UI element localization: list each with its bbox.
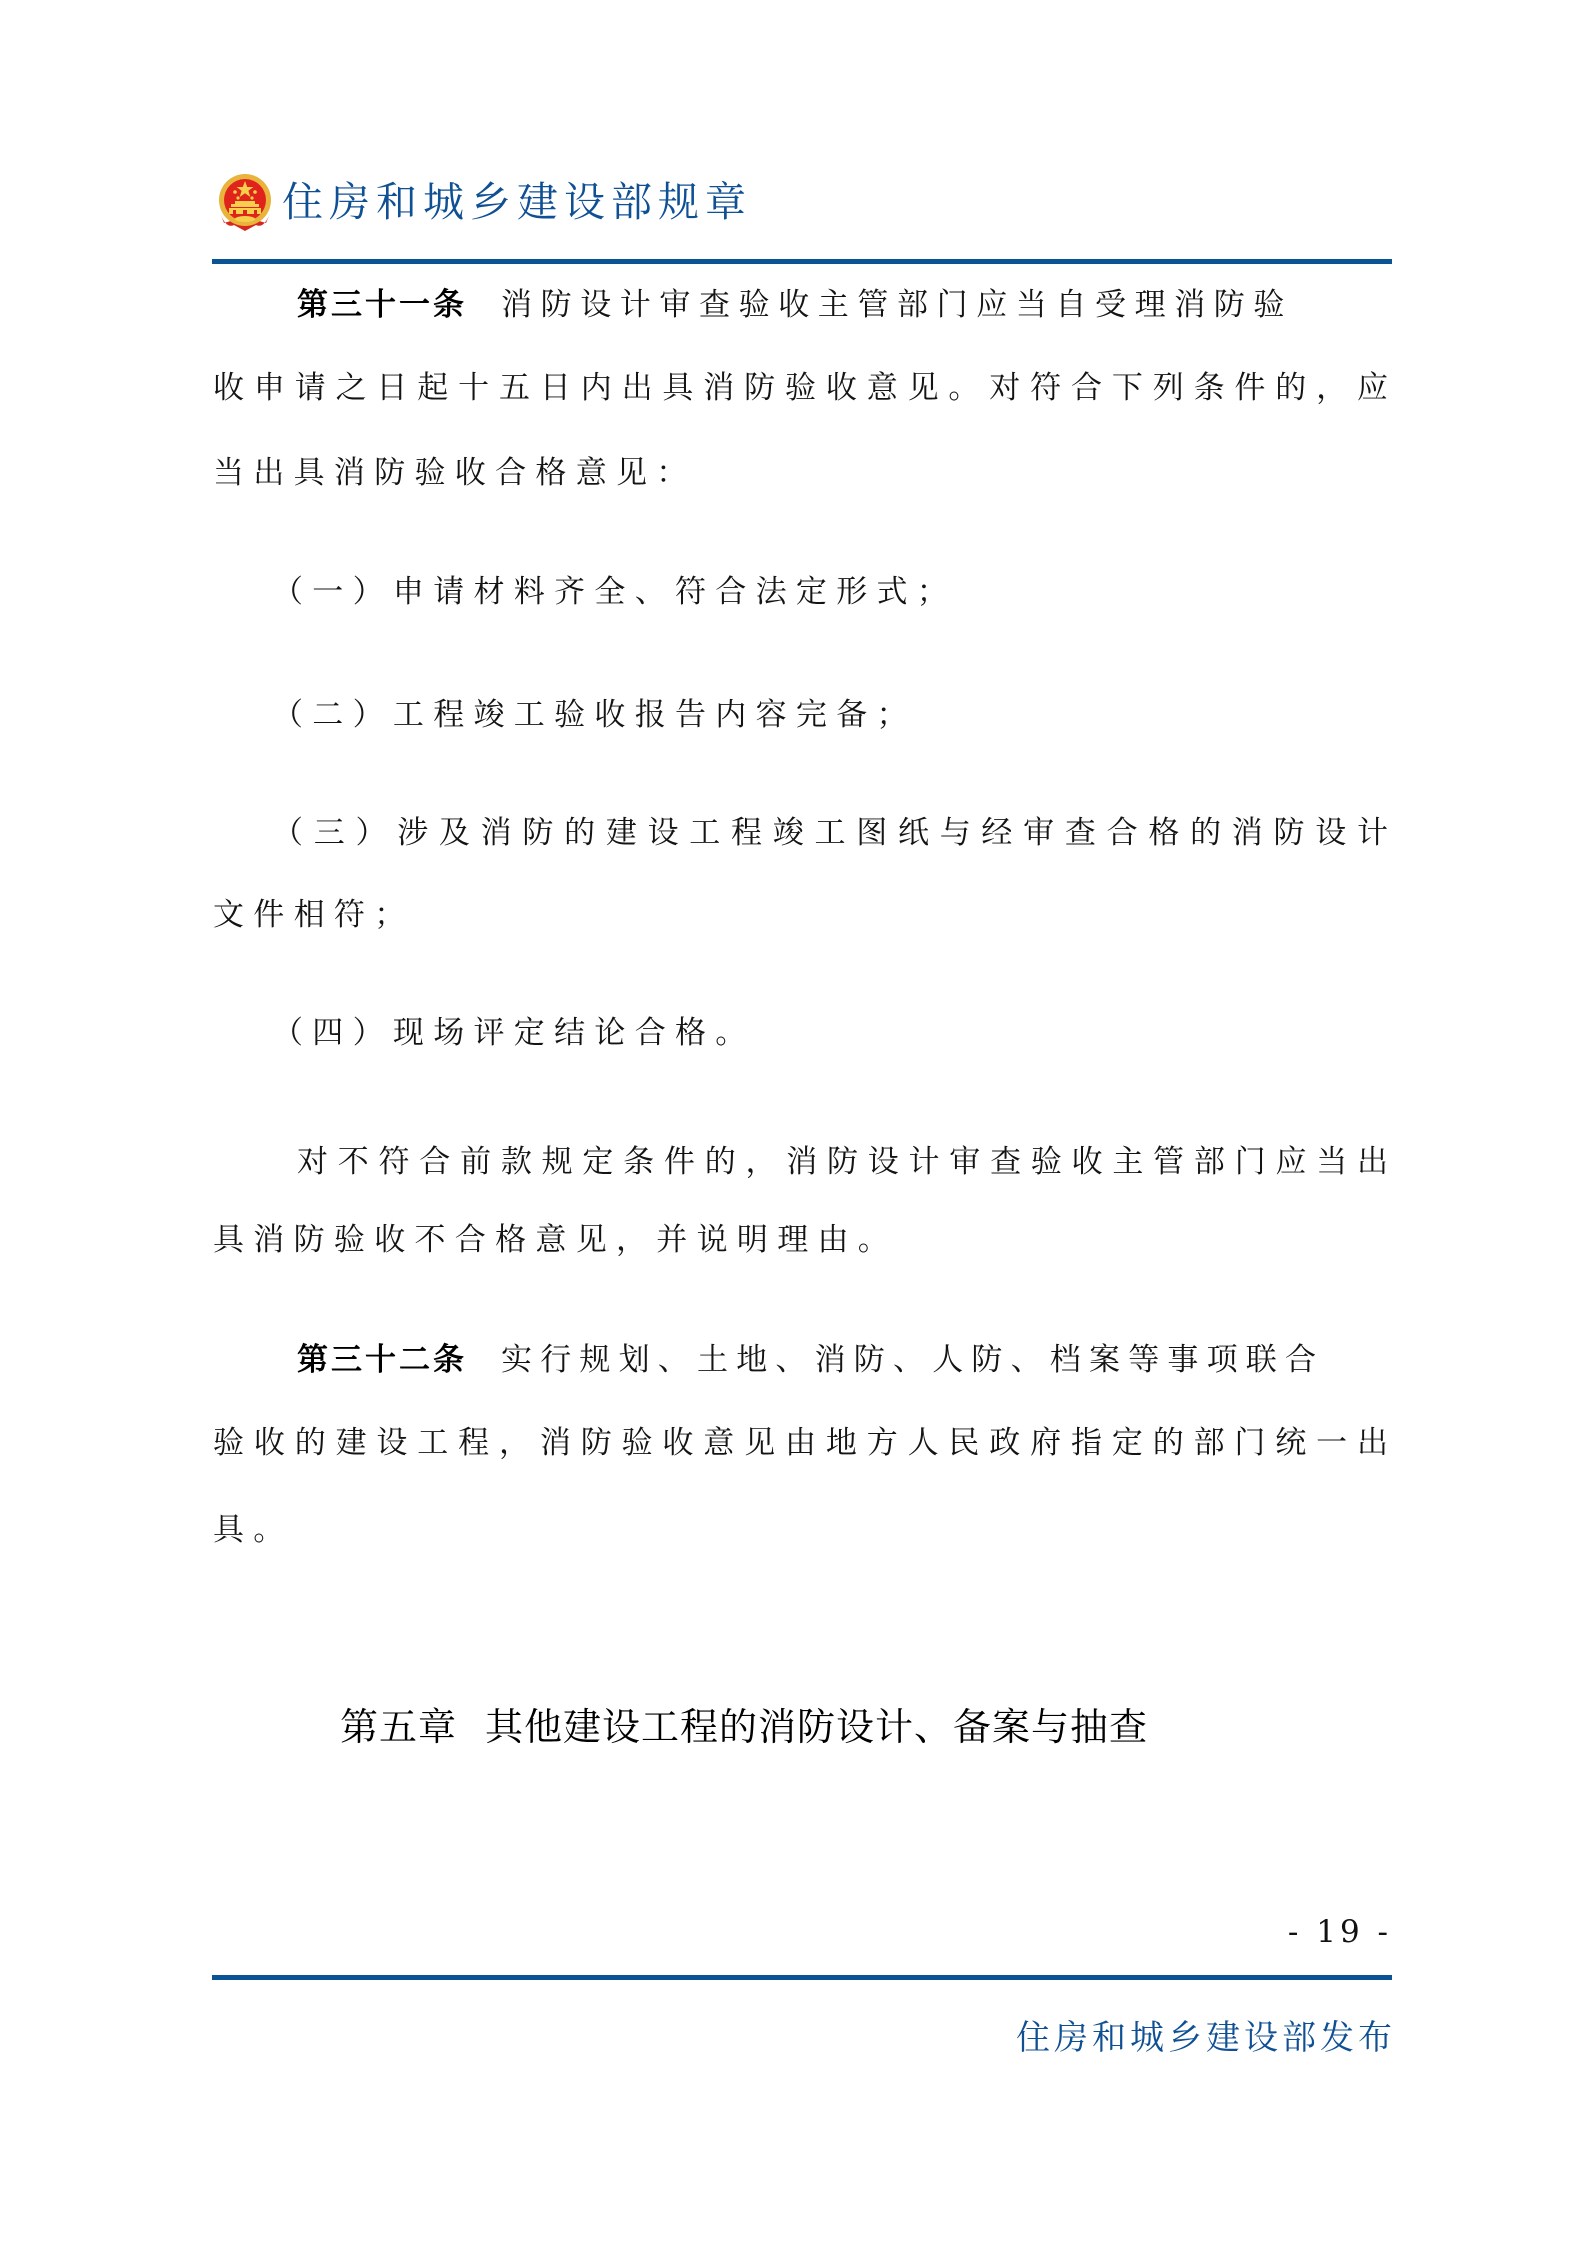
closing-paragraph-line-2: 具消防验收不合格意见，并说明理由。 — [213, 1215, 1388, 1265]
document-page: 住房和城乡建设部规章 第三十一条消防设计审查验收主管部门应当自受理消防验 收申请… — [0, 0, 1587, 2245]
article-32-line-3: 具。 — [213, 1505, 1388, 1555]
chapter-number: 第五章 — [340, 1705, 457, 1749]
list-item-3-line-2: 文件相符； — [213, 890, 1388, 940]
header-divider — [212, 259, 1392, 264]
article-31-line-2: 收申请之日起十五日内出具消防验收意见。对符合下列条件的，应 — [213, 363, 1388, 413]
page-number: - 19 - — [1270, 1912, 1392, 1952]
article-32-line-2: 验收的建设工程，消防验收意见由地方人民政府指定的部门统一出 — [213, 1418, 1388, 1468]
list-item-3-line-1: （三）涉及消防的建设工程竣工图纸与经审查合格的消防设计 — [272, 808, 1388, 858]
article-32-label: 第三十二条 — [297, 1342, 467, 1378]
article-31-line-3: 当出具消防验收合格意见： — [213, 448, 1388, 498]
list-item-4: （四）现场评定结论合格。 — [272, 1008, 1447, 1058]
article-32-line-1: 第三十二条实行规划、土地、消防、人防、档案等事项联合 — [297, 1335, 1388, 1385]
article-31-label: 第三十一条 — [297, 287, 467, 323]
closing-paragraph-line-1: 对不符合前款规定条件的，消防设计审查验收主管部门应当出 — [297, 1137, 1388, 1187]
chapter-title: 其他建设工程的消防设计、备案与抽查 — [485, 1705, 1148, 1749]
article-31-line-1: 第三十一条消防设计审查验收主管部门应当自受理消防验 — [297, 280, 1388, 330]
article-31-text: 消防设计审查验收主管部门应当自受理消防验 — [501, 287, 1293, 323]
list-item-1: （一）申请材料齐全、符合法定形式； — [272, 567, 1447, 617]
national-emblem-icon — [216, 173, 274, 233]
chapter-heading: 第五章其他建设工程的消防设计、备案与抽查 — [340, 1700, 1148, 1754]
footer-publisher: 住房和城乡建设部发布 — [1016, 2014, 1392, 2062]
footer-divider — [212, 1975, 1392, 1980]
article-32-text: 实行规划、土地、消防、人防、档案等事项联合 — [501, 1342, 1324, 1378]
header-title: 住房和城乡建设部规章 — [282, 176, 752, 228]
list-item-2: （二）工程竣工验收报告内容完备； — [272, 690, 1447, 740]
